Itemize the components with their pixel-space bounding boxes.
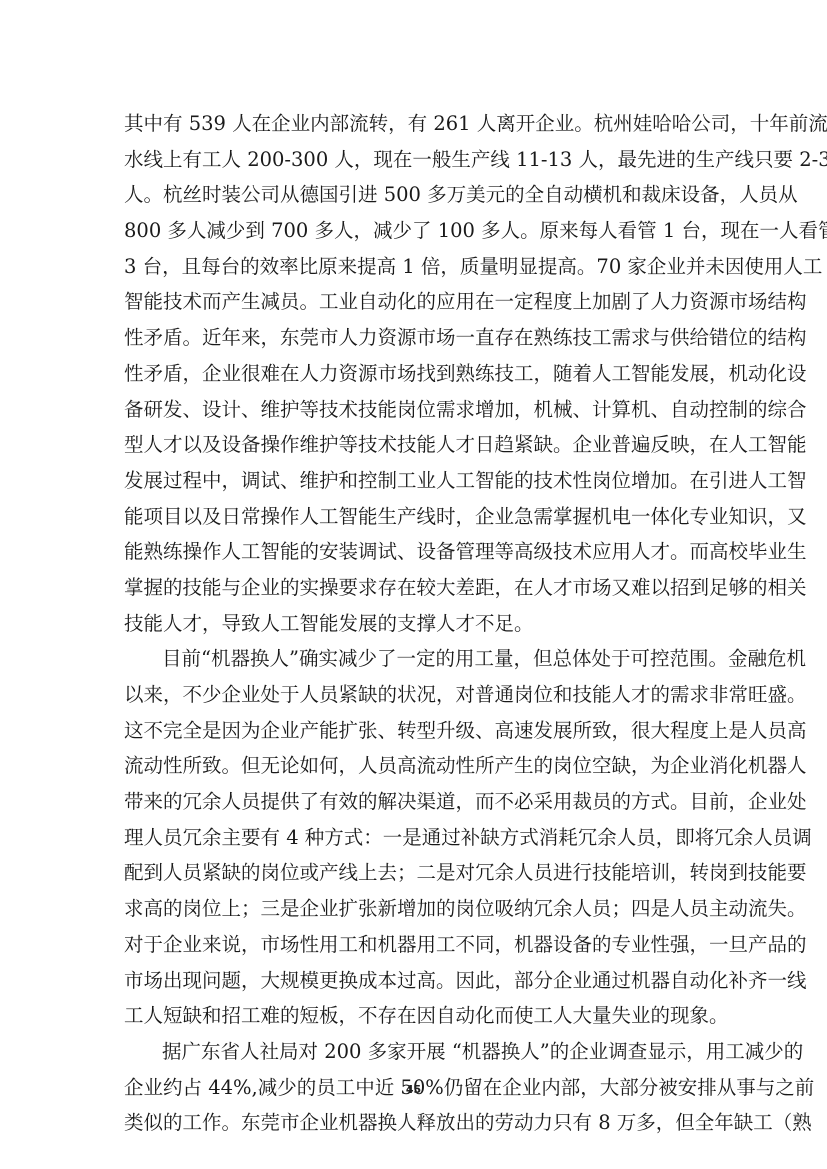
- text-line: 配到人员紧缺的岗位或产线上去；二是对冗余人员进行技能培训，转岗到技能要: [124, 855, 702, 891]
- text-line: 能熟练操作人工智能的安装调试、设备管理等高级技术应用人才。而高校毕业生: [124, 534, 702, 570]
- text-line: 掌握的技能与企业的实操要求存在较大差距，在人才市场又难以招到足够的相关: [124, 570, 702, 606]
- text-line: 这不完全是因为企业产能扩张、转型升级、高速发展所致，很大程度上是人员高: [124, 713, 702, 749]
- text-line: 工人短缺和招工难的短板，不存在因自动化而使工人大量失业的现象。: [124, 998, 702, 1034]
- text-line-content: 800 多人减少到 700 多人，减少了 100 多人。原来每人看管 1 台，现…: [124, 213, 702, 249]
- text-line: 性矛盾，企业很难在人力资源市场找到熟练技工，随着人工智能发展，机动化设: [124, 356, 702, 392]
- text-line-content: 带来的冗余人员提供了有效的解决渠道，而不必采用裁员的方式。目前，企业处: [124, 784, 702, 820]
- text-line-content: 其中有 539 人在企业内部流转，有 261 人离开企业。杭州娃哈哈公司，十年前…: [124, 106, 702, 142]
- text-line: 其中有 539 人在企业内部流转，有 261 人离开企业。杭州娃哈哈公司，十年前…: [124, 106, 702, 142]
- text-line-content: 这不完全是因为企业产能扩张、转型升级、高速发展所致，很大程度上是人员高: [124, 713, 702, 749]
- text-line: 800 多人减少到 700 多人，减少了 100 多人。原来每人看管 1 台，现…: [124, 213, 702, 249]
- text-line: 市场出现问题，大规模更换成本过高。因此，部分企业通过机器自动化补齐一线: [124, 963, 702, 999]
- text-line-content: 人。杭丝时装公司从德国引进 500 多万美元的全自动横机和裁床设备，人员从: [124, 177, 702, 213]
- text-line: 以来，不少企业处于人员紧缺的状况，对普通岗位和技能人才的需求非常旺盛。: [124, 677, 702, 713]
- text-line-content: 目前“机器换人”确实减少了一定的用工量，但总体处于可控范围。金融危机: [162, 641, 702, 677]
- text-line-content: 掌握的技能与企业的实操要求存在较大差距，在人才市场又难以招到足够的相关: [124, 570, 702, 606]
- text-line: 备研发、设计、维护等技术技能岗位需求增加，机械、计算机、自动控制的综合: [124, 392, 702, 428]
- text-line: 智能技术而产生减员。工业自动化的应用在一定程度上加剧了人力资源市场结构: [124, 284, 702, 320]
- text-line: 据广东省人社局对 200 多家开展 “机器换人”的企业调查显示，用工减少的: [124, 1034, 702, 1070]
- text-line-content: 备研发、设计、维护等技术技能岗位需求增加，机械、计算机、自动控制的综合: [124, 392, 702, 428]
- text-line-content: 能项目以及日常操作人工智能生产线时，企业急需掌握机电一体化专业知识，又: [124, 499, 702, 535]
- text-line-content: 发展过程中，调试、维护和控制工业人工智能的技术性岗位增加。在引进人工智: [124, 463, 702, 499]
- text-line-content: 理人员冗余主要有 4 种方式：一是通过补缺方式消耗冗余人员，即将冗余人员调: [124, 820, 702, 856]
- text-line-content: 性矛盾，企业很难在人力资源市场找到熟练技工，随着人工智能发展，机动化设: [124, 356, 702, 392]
- text-line-content: 技能人才，导致人工智能发展的支撑人才不足。: [124, 606, 702, 642]
- text-line-content: 以来，不少企业处于人员紧缺的状况，对普通岗位和技能人才的需求非常旺盛。: [124, 677, 702, 713]
- text-line-content: 工人短缺和招工难的短板，不存在因自动化而使工人大量失业的现象。: [124, 998, 702, 1034]
- text-line-content: 类似的工作。东莞市企业机器换人释放出的劳动力只有 8 万多，但全年缺工（熟: [124, 1105, 702, 1141]
- text-line-content: 求高的岗位上；三是企业扩张新增加的岗位吸纳冗余人员；四是人员主动流失。: [124, 891, 702, 927]
- text-line-content: 能熟练操作人工智能的安装调试、设备管理等高级技术应用人才。而高校毕业生: [124, 534, 702, 570]
- text-line-content: 市场出现问题，大规模更换成本过高。因此，部分企业通过机器自动化补齐一线: [124, 963, 702, 999]
- text-line: 3 台，且每台的效率比原来提高 1 倍，质量明显提高。70 家企业并未因使用人工: [124, 249, 702, 285]
- text-line: 理人员冗余主要有 4 种方式：一是通过补缺方式消耗冗余人员，即将冗余人员调: [124, 820, 702, 856]
- text-line: 能项目以及日常操作人工智能生产线时，企业急需掌握机电一体化专业知识，又: [124, 499, 702, 535]
- text-line: 发展过程中，调试、维护和控制工业人工智能的技术性岗位增加。在引进人工智: [124, 463, 702, 499]
- page-number: 45: [0, 1083, 827, 1096]
- paragraph: 目前“机器换人”确实减少了一定的用工量，但总体处于可控范围。金融危机以来，不少企…: [124, 641, 702, 1034]
- text-line-content: 配到人员紧缺的岗位或产线上去；二是对冗余人员进行技能培训，转岗到技能要: [124, 855, 702, 891]
- text-line: 带来的冗余人员提供了有效的解决渠道，而不必采用裁员的方式。目前，企业处: [124, 784, 702, 820]
- text-line-content: 智能技术而产生减员。工业自动化的应用在一定程度上加剧了人力资源市场结构: [124, 284, 702, 320]
- text-line-content: 型人才以及设备操作维护等技术技能人才日趋紧缺。企业普遍反映，在人工智能: [124, 427, 702, 463]
- text-line-content: 性矛盾。近年来，东莞市人力资源市场一直存在熟练技工需求与供给错位的结构: [124, 320, 702, 356]
- text-line: 水线上有工人 200-300 人，现在一般生产线 11-13 人，最先进的生产线…: [124, 142, 702, 178]
- text-line-content: 据广东省人社局对 200 多家开展 “机器换人”的企业调查显示，用工减少的: [162, 1034, 702, 1070]
- text-line: 类似的工作。东莞市企业机器换人释放出的劳动力只有 8 万多，但全年缺工（熟: [124, 1105, 702, 1141]
- text-line-content: 流动性所致。但无论如何，人员高流动性所产生的岗位空缺，为企业消化机器人: [124, 748, 702, 784]
- text-line: 流动性所致。但无论如何，人员高流动性所产生的岗位空缺，为企业消化机器人: [124, 748, 702, 784]
- text-line: 人。杭丝时装公司从德国引进 500 多万美元的全自动横机和裁床设备，人员从: [124, 177, 702, 213]
- page-body: 其中有 539 人在企业内部流转，有 261 人离开企业。杭州娃哈哈公司，十年前…: [124, 106, 702, 1141]
- text-line-content: 对于企业来说，市场性用工和机器用工不同，机器设备的专业性强，一旦产品的: [124, 927, 702, 963]
- text-line: 技能人才，导致人工智能发展的支撑人才不足。: [124, 606, 702, 642]
- paragraph: 其中有 539 人在企业内部流转，有 261 人离开企业。杭州娃哈哈公司，十年前…: [124, 106, 702, 641]
- text-line: 求高的岗位上；三是企业扩张新增加的岗位吸纳冗余人员；四是人员主动流失。: [124, 891, 702, 927]
- text-line: 性矛盾。近年来，东莞市人力资源市场一直存在熟练技工需求与供给错位的结构: [124, 320, 702, 356]
- text-line: 目前“机器换人”确实减少了一定的用工量，但总体处于可控范围。金融危机: [124, 641, 702, 677]
- text-line-content: 水线上有工人 200-300 人，现在一般生产线 11-13 人，最先进的生产线…: [124, 142, 702, 178]
- text-line: 对于企业来说，市场性用工和机器用工不同，机器设备的专业性强，一旦产品的: [124, 927, 702, 963]
- text-line-content: 3 台，且每台的效率比原来提高 1 倍，质量明显提高。70 家企业并未因使用人工: [124, 249, 702, 285]
- text-line: 型人才以及设备操作维护等技术技能人才日趋紧缺。企业普遍反映，在人工智能: [124, 427, 702, 463]
